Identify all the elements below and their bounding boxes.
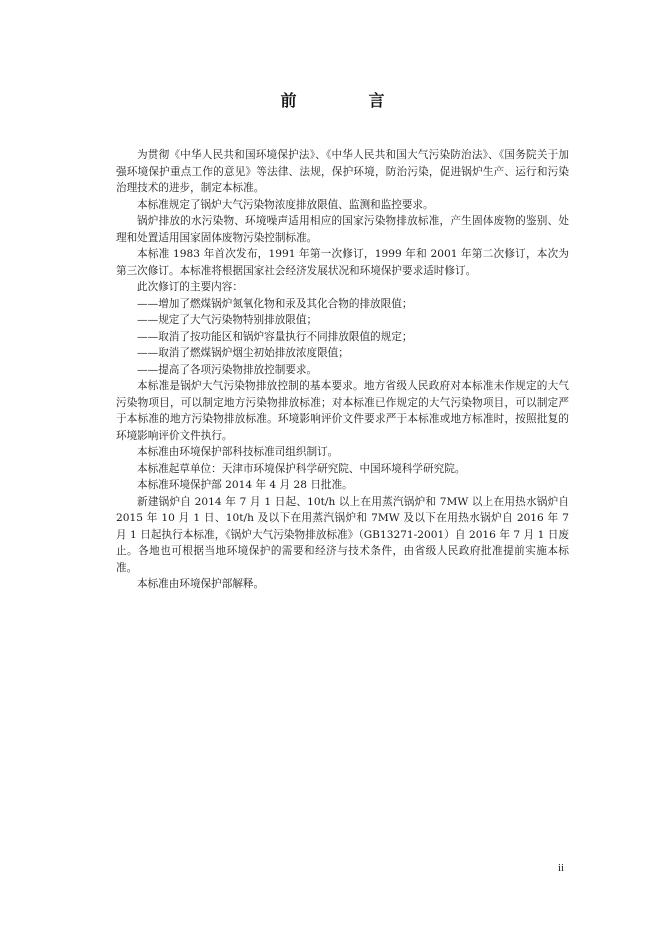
paragraph-approval: 本标准环境保护部 2014 年 4 月 28 日批准。	[116, 477, 569, 494]
page-number: ii	[558, 862, 564, 874]
revision-item: ——规定了大气污染物特别排放限值；	[116, 312, 569, 329]
paragraph-basic-requirements: 本标准是锅炉大气污染物排放控制的基本要求。地方省级人民政府对本标准未作规定的大气…	[116, 378, 569, 444]
paragraph-revision-intro: 此次修订的主要内容：	[116, 279, 569, 296]
paragraph-scope: 本标准规定了锅炉大气污染物浓度排放限值、监测和监控要求。	[116, 197, 569, 214]
paragraph-drafting-units: 本标准起草单位：天津市环境保护科学研究院、中国环境科学研究院。	[116, 461, 569, 478]
revision-item: ——提高了各项污染物排放控制要求。	[116, 362, 569, 379]
document-page: 前 言 为贯彻《中华人民共和国环境保护法》、《中华人民共和国大气污染防治法》、《…	[0, 0, 665, 930]
preface-body: 为贯彻《中华人民共和国环境保护法》、《中华人民共和国大气污染防治法》、《国务院关…	[116, 147, 569, 593]
revision-item: ——取消了按功能区和锅炉容量执行不同排放限值的规定；	[116, 329, 569, 346]
revision-item: ——取消了燃煤锅炉烟尘初始排放浓度限值；	[116, 345, 569, 362]
paragraph-implementation: 新建锅炉自 2014 年 7 月 1 日起、10t/h 以上在用蒸汽锅炉和 7M…	[116, 494, 569, 577]
page-title: 前 言	[0, 91, 665, 111]
paragraph-organizer: 本标准由环境保护部科技标准司组织制订。	[116, 444, 569, 461]
paragraph-interpretation: 本标准由环境保护部解释。	[116, 576, 569, 593]
paragraph-history: 本标准 1983 年首次发布，1991 年第一次修订，1999 年和 2001 …	[116, 246, 569, 279]
revision-item: ——增加了燃煤锅炉氮氧化物和汞及其化合物的排放限值；	[116, 296, 569, 313]
paragraph-applicability: 锅炉排放的水污染物、环境噪声适用相应的国家污染物排放标准，产生固体废物的鉴别、处…	[116, 213, 569, 246]
paragraph-purpose: 为贯彻《中华人民共和国环境保护法》、《中华人民共和国大气污染防治法》、《国务院关…	[116, 147, 569, 197]
